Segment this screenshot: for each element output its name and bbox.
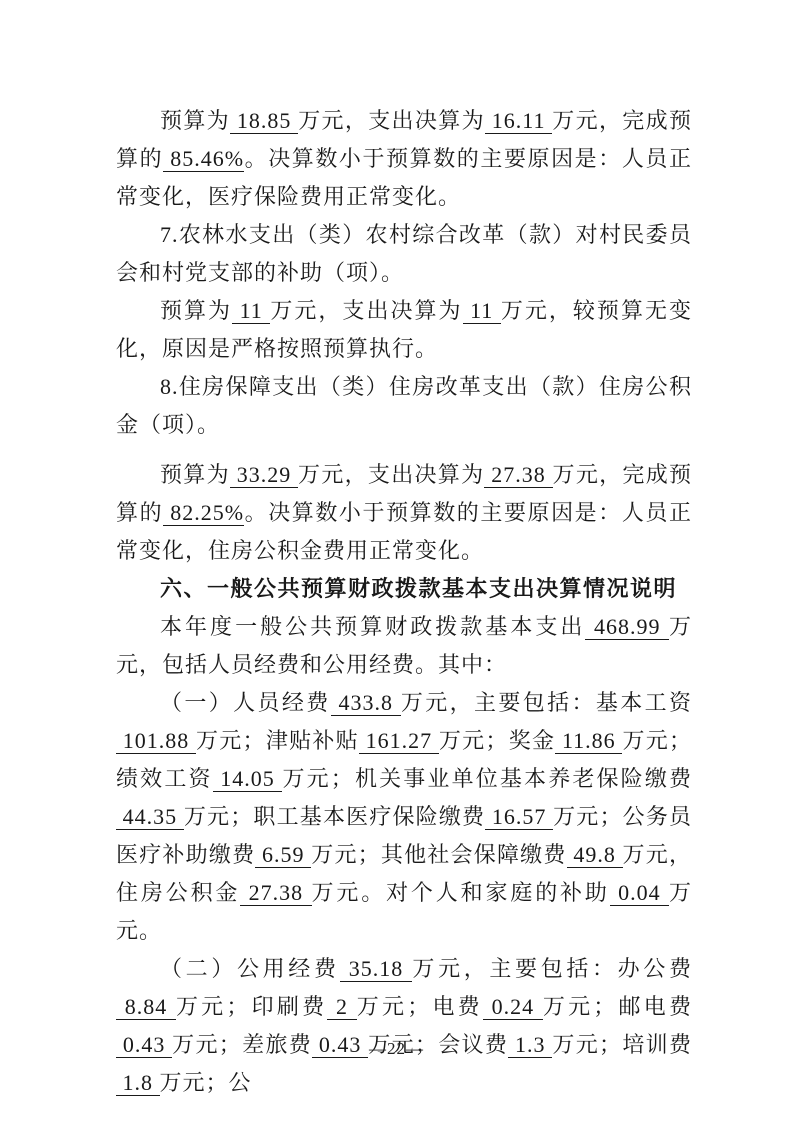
text-run: 万元，主要包括：基本工资 <box>401 690 692 715</box>
underlined-value: 468.99 <box>585 614 669 640</box>
text-run: 万元；奖金 <box>439 728 555 753</box>
text-run: 万元，支出决算为 <box>298 462 484 487</box>
underlined-value: 14.05 <box>213 766 283 792</box>
para-basic-expenditure-total: 本年度一般公共预算财政拨款基本支出 468.99 万元，包括人员经费和公用经费。… <box>116 608 692 684</box>
text-run: （二）公用经费 <box>160 956 340 981</box>
underlined-value: 44.35 <box>116 804 184 830</box>
text-run: 本年度一般公共预算财政拨款基本支出 <box>160 614 585 639</box>
text-run: 万元；电费 <box>357 994 483 1019</box>
text-run: 万元；职工基本医疗保险缴费 <box>184 804 485 829</box>
para-item8-title: 8.住房保障支出（类）住房改革支出（款）住房公积金（项）。 <box>116 368 692 444</box>
underlined-value: 0.24 <box>483 994 543 1020</box>
para-medical-insurance-settlement: 预算为 18.85 万元，支出决算为 16.11 万元，完成预算的 85.46%… <box>116 102 692 216</box>
text-run: 万元。对个人和家庭的补助 <box>312 880 610 905</box>
underlined-value: 1.8 <box>116 1070 160 1096</box>
underlined-value: 11.86 <box>555 728 622 754</box>
document-body: 预算为 18.85 万元，支出决算为 16.11 万元，完成预算的 85.46%… <box>116 102 692 1102</box>
text-run: （一）人员经费 <box>160 690 331 715</box>
underlined-value: 2 <box>327 994 356 1020</box>
para-item7-budget: 预算为 11 万元，支出决算为 11 万元，较预算无变化，原因是严格按照预算执行… <box>116 292 692 368</box>
text-run: 六、一般公共预算财政拨款基本支出决算情况说明 <box>160 576 677 601</box>
page-number: —22— <box>369 1039 424 1058</box>
text-run: 预算为 <box>160 462 230 487</box>
page-footer: —22— <box>0 1038 793 1060</box>
text-run: 万元；公 <box>160 1070 252 1095</box>
text-run: 8.住房保障支出（类）住房改革支出（款）住房公积金（项）。 <box>116 374 692 437</box>
underlined-value: 27.38 <box>484 462 552 488</box>
text-run: 万元；邮电费 <box>543 994 692 1019</box>
underlined-value: 33.29 <box>230 462 298 488</box>
underlined-value: 433.8 <box>331 690 401 716</box>
text-run: 7.农林水支出（类）农村综合改革（款）对村民委员会和村党支部的补助（项）。 <box>116 222 692 285</box>
underlined-value: 85.46% <box>163 146 244 172</box>
text-run: 万元，主要包括：办公费 <box>412 956 692 981</box>
text-run: 预算为 <box>160 108 230 133</box>
underlined-value: 101.88 <box>116 728 196 754</box>
para-item8-budget: 预算为 33.29 万元，支出决算为 27.38 万元，完成预算的 82.25%… <box>116 456 692 570</box>
underlined-value: 11 <box>463 298 501 324</box>
para-public-funds: （二）公用经费 35.18 万元，主要包括：办公费 8.84 万元；印刷费 2 … <box>116 950 692 1102</box>
para-item7-title: 7.农林水支出（类）农村综合改革（款）对村民委员会和村党支部的补助（项）。 <box>116 216 692 292</box>
underlined-value: 82.25% <box>163 500 244 526</box>
underlined-value: 16.57 <box>485 804 553 830</box>
underlined-value: 49.8 <box>567 842 623 868</box>
text-run: 万元；津贴补贴 <box>196 728 359 753</box>
para-personnel-funds: （一）人员经费 433.8 万元，主要包括：基本工资 101.88 万元；津贴补… <box>116 684 692 950</box>
document-page: 预算为 18.85 万元，支出决算为 16.11 万元，完成预算的 85.46%… <box>0 0 793 1122</box>
underlined-value: 11 <box>232 298 270 324</box>
underlined-value: 0.04 <box>610 880 669 906</box>
heading-section-6: 六、一般公共预算财政拨款基本支出决算情况说明 <box>116 570 692 608</box>
underlined-value: 161.27 <box>359 728 439 754</box>
text-run: 万元，支出决算为 <box>298 108 485 133</box>
text-run: 万元；机关事业单位基本养老保险缴费 <box>282 766 692 791</box>
text-run: 万元；印刷费 <box>176 994 327 1019</box>
underlined-value: 8.84 <box>116 994 176 1020</box>
text-run: 万元，支出决算为 <box>270 298 462 323</box>
text-run: 预算为 <box>160 298 232 323</box>
underlined-value: 27.38 <box>240 880 311 906</box>
underlined-value: 16.11 <box>485 108 552 134</box>
underlined-value: 35.18 <box>340 956 413 982</box>
text-run: 万元；其他社会保障缴费 <box>311 842 566 867</box>
underlined-value: 18.85 <box>230 108 298 134</box>
underlined-value: 6.59 <box>255 842 311 868</box>
